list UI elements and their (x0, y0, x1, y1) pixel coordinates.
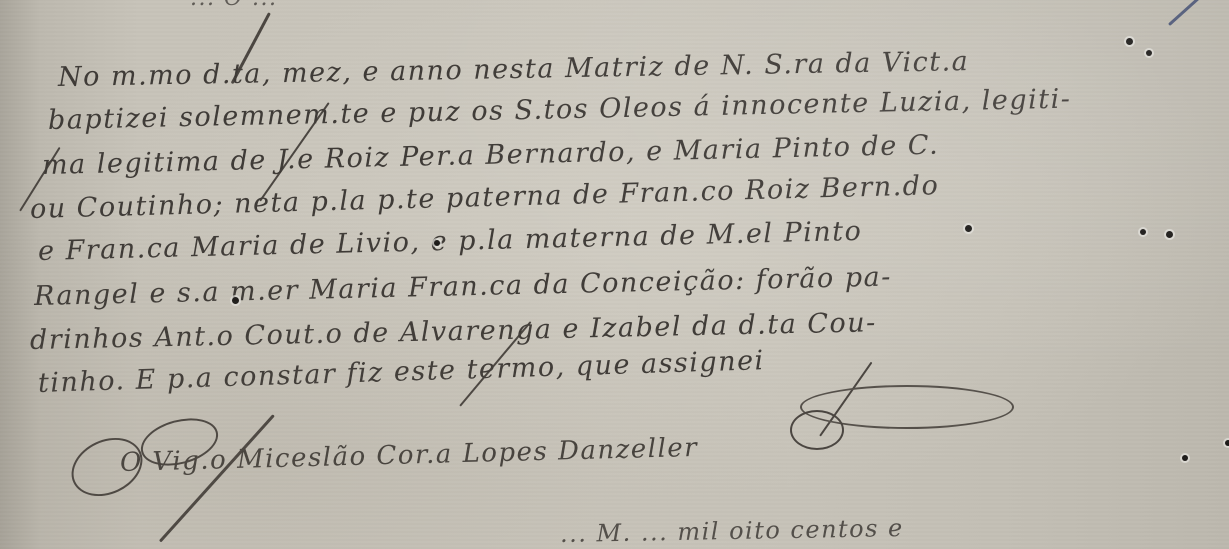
rubric-circle (790, 410, 844, 450)
record-line-6: Rangel e s.a m.er Maria Fran.ca da Conce… (34, 262, 892, 312)
record-line-2: baptizei solemnem.te e puz os S.tos Oleo… (48, 84, 1072, 136)
record-line-5: e Fran.ca Maria de Livio, e p.la materna… (38, 216, 863, 267)
paper-hole (1140, 229, 1146, 235)
paper-hole (1182, 455, 1188, 461)
blue-check-mark (1168, 0, 1222, 26)
paper-hole (232, 297, 239, 304)
paper-hole (1225, 440, 1229, 446)
top-fragment: ... Ô ... (190, 0, 277, 11)
bottom-fragment: ... M. ... mil oito centos e (560, 514, 904, 548)
paper-hole (1146, 50, 1152, 56)
paper-hole (1166, 231, 1173, 238)
paper-hole (965, 225, 972, 232)
manuscript-page: ... Ô ... No m.mo d.ta, mez, e anno nest… (0, 0, 1229, 549)
paper-hole (434, 240, 440, 246)
record-line-1: No m.mo d.ta, mez, e anno nesta Matriz d… (58, 46, 970, 93)
paper-hole (1126, 38, 1133, 45)
